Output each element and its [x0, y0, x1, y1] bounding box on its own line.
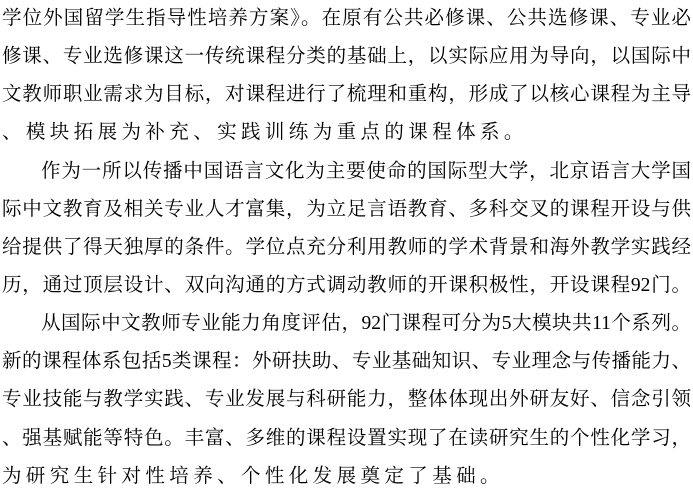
- text-line: 际中文教育及相关专业人才富集，为立足言语教育、多科交叉的课程开设与供: [2, 191, 691, 229]
- text-line: 修课、专业选修课这一传统课程分类的基础上，以实际应用为导向，以国际中: [2, 38, 691, 76]
- text-line: 专业技能与教学实践、专业发展与科研能力，整体体现出外研友好、信念引领: [2, 381, 691, 419]
- text-line: 学位外国留学生指导性培养方案》。在原有公共必修课、公共选修课、专业必: [2, 0, 691, 38]
- text-line: 、强基赋能等特色。丰富、多维的课程设置实现了在读研究生的个性化学习，: [2, 420, 691, 458]
- text-line: 从国际中文教师专业能力角度评估，92门课程可分为5大模块共11个系列。: [2, 305, 691, 343]
- text-line: 、模块拓展为补充、实践训练为重点的课程体系。: [2, 114, 691, 152]
- text-line: 作为一所以传播中国语言文化为主要使命的国际型大学，北京语言大学国: [2, 153, 691, 191]
- text-line: 历，通过顶层设计、双向沟通的方式调动教师的开课积极性，开设课程92门。: [2, 267, 691, 305]
- text-line: 文教师职业需求为目标，对课程进行了梳理和重构，形成了以核心课程为主导: [2, 76, 691, 114]
- text-line: 为研究生针对性培养、个性化发展奠定了基础。: [2, 458, 691, 496]
- document-page: 学位外国留学生指导性培养方案》。在原有公共必修课、公共选修课、专业必 修课、专业…: [0, 0, 693, 496]
- text-line: 新的课程体系包括5类课程：外研扶助、专业基础知识、专业理念与传播能力、: [2, 343, 691, 381]
- text-line: 给提供了得天独厚的条件。学位点充分利用教师的学术背景和海外教学实践经: [2, 229, 691, 267]
